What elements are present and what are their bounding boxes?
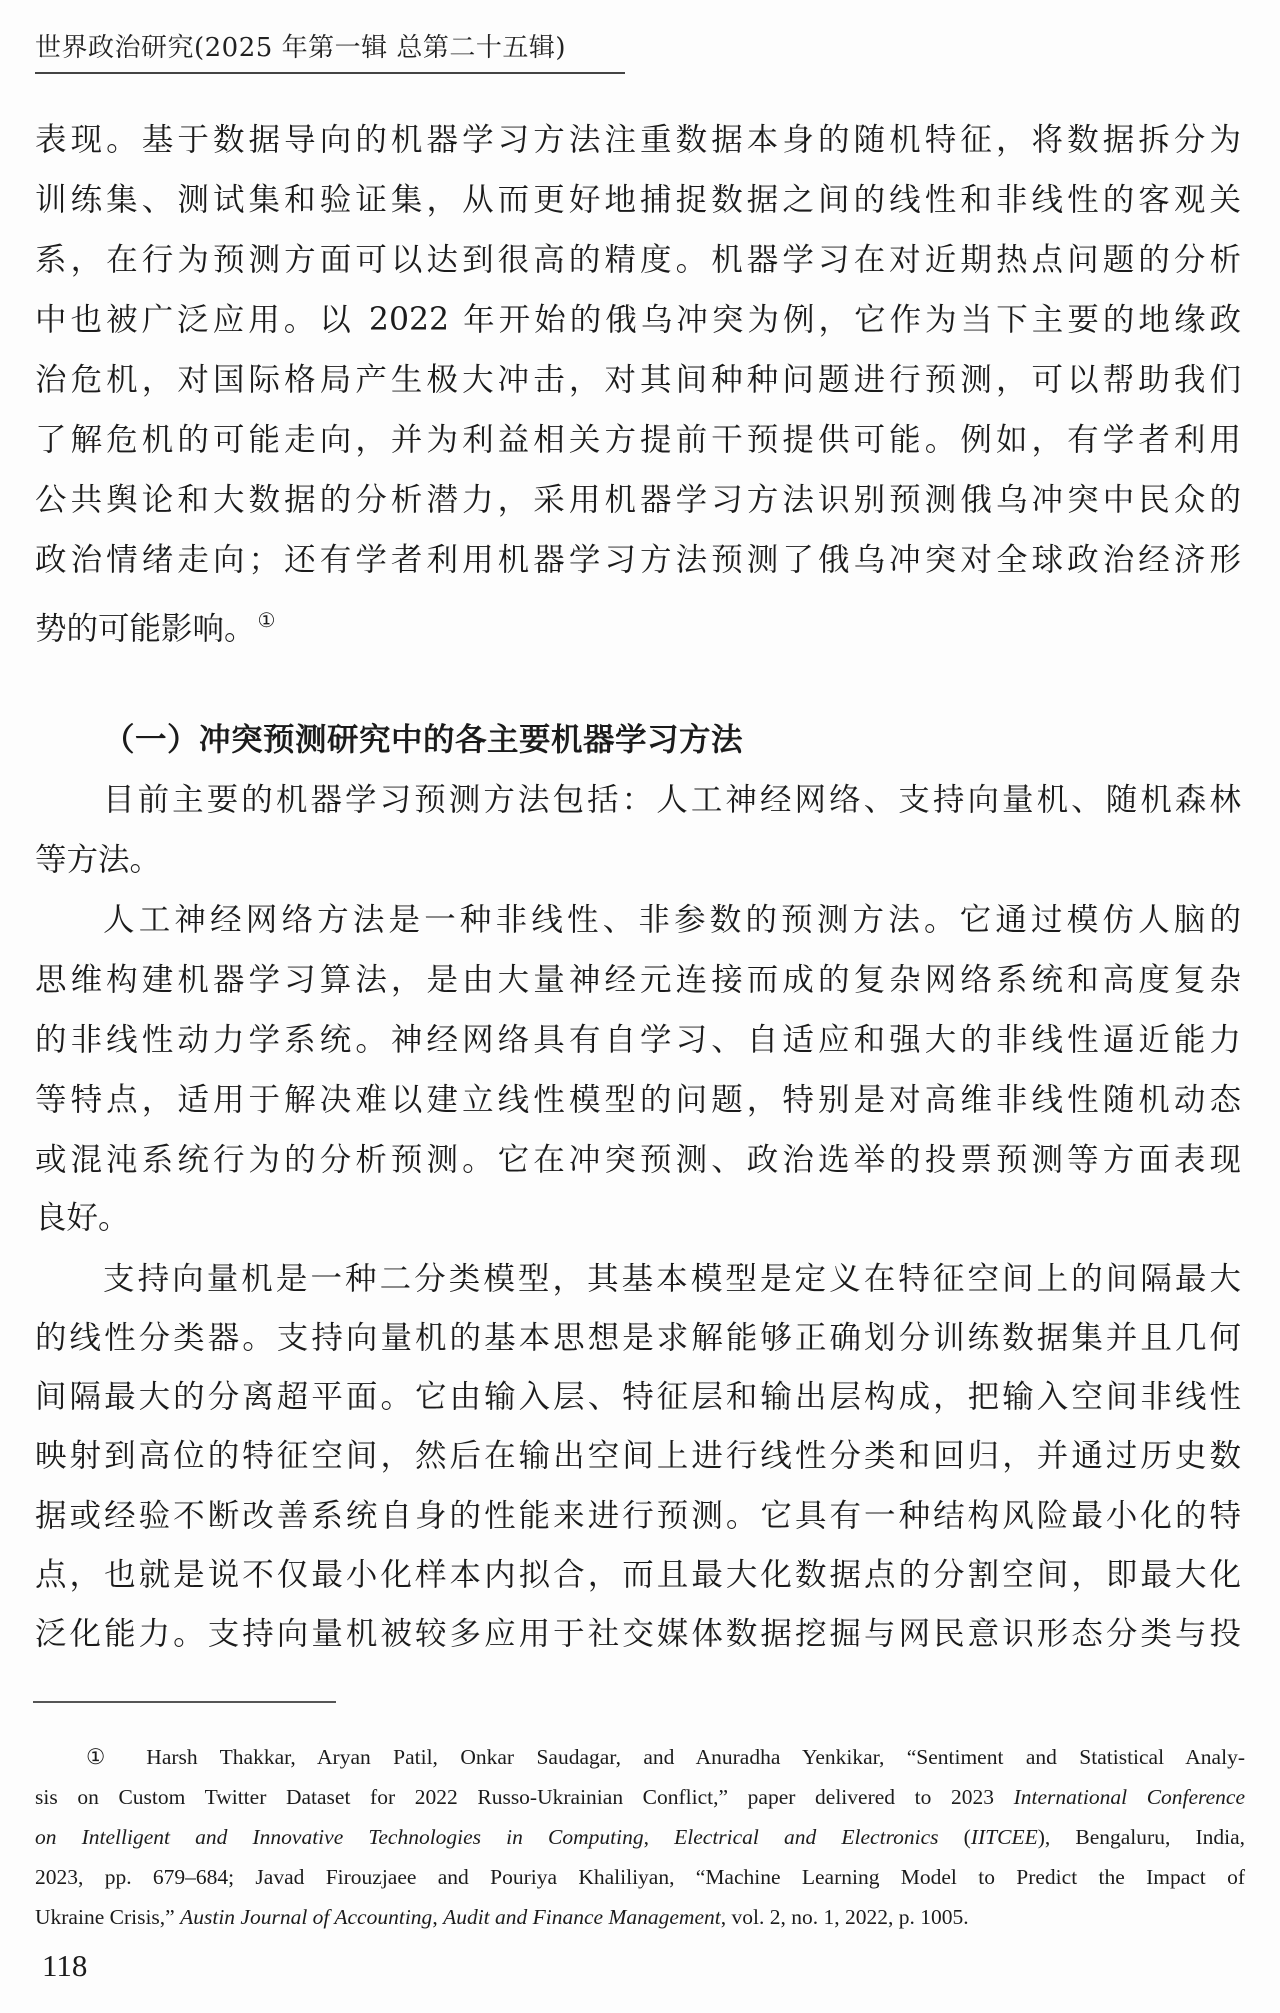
italic-title: on Intelligent and Innovative Technologi…	[35, 1825, 644, 1849]
footnote-line: on Intelligent and Innovative Technologi…	[35, 1822, 1245, 1852]
citation-text: Harsh Thakkar, Aryan Patil, Onkar Saudag…	[146, 1745, 1245, 1769]
text-line: 等特点，适用于解决难以建立线性模型的问题，特别是对高维非线性随机动态	[35, 1078, 1241, 1122]
text-line: 训练集、测试集和验证集，从而更好地捕捉数据之间的线性和非线性的客观关	[35, 178, 1241, 222]
citation-text: , vol. 2, no. 1, 2022, p. 1005.	[721, 1905, 969, 1929]
text-line: 系，在行为预测方面可以达到很高的精度。机器学习在对近期热点问题的分析	[35, 238, 1241, 282]
text-span: 势的可能影响。	[35, 611, 256, 647]
text-line: 人工神经网络方法是一种非线性、非参数的预测方法。它通过模仿人脑的	[103, 898, 1241, 942]
italic-title: Audit and Finance Management	[443, 1905, 721, 1929]
text-line-last: 势的可能影响。①	[35, 598, 1241, 642]
journal-page: 世界政治研究(2025 年第一辑 总第二十五辑) 表现。基于数据导向的机器学习方…	[0, 0, 1280, 2013]
citation-text: Ukraine Crisis,”	[35, 1905, 180, 1929]
italic-title: Electrical and Electronics	[674, 1825, 938, 1849]
citation-text: ), Bengaluru, India,	[1038, 1825, 1245, 1849]
footnote-line: sis on Custom Twitter Dataset for 2022 R…	[35, 1782, 1245, 1812]
text-line: 的线性分类器。支持向量机的基本思想是求解能够正确划分训练数据集并且几何	[35, 1316, 1241, 1360]
citation-text: ,	[432, 1905, 443, 1929]
citation-text: ,	[644, 1825, 675, 1849]
running-head: 世界政治研究(2025 年第一辑 总第二十五辑)	[35, 30, 635, 66]
citation-text: 2023, pp. 679–684; Javad Firouzjaee and …	[35, 1865, 1245, 1889]
text-line: 公共舆论和大数据的分析潜力，采用机器学习方法识别预测俄乌冲突中民众的	[35, 478, 1241, 522]
citation-text: sis on Custom Twitter Dataset for 2022 R…	[35, 1785, 1014, 1809]
page-number: 118	[42, 1946, 87, 1986]
text-line: 中也被广泛应用。以 2022 年开始的俄乌冲突为例，它作为当下主要的地缘政	[35, 298, 1241, 342]
text-line: 的非线性动力学系统。神经网络具有自学习、自适应和强大的非线性逼近能力	[35, 1018, 1241, 1062]
footnote-marker: ①	[86, 1745, 122, 1769]
citation-text: (	[939, 1825, 971, 1849]
footnote-rule	[33, 1701, 336, 1703]
text-line: 表现。基于数据导向的机器学习方法注重数据本身的随机特征，将数据拆分为	[35, 118, 1241, 162]
text-line: 目前主要的机器学习预测方法包括：人工神经网络、支持向量机、随机森林	[103, 778, 1241, 822]
text-line: 泛化能力。支持向量机被较多应用于社交媒体数据挖掘与网民意识形态分类与投	[35, 1612, 1241, 1656]
text-line: 映射到高位的特征空间，然后在输出空间上进行线性分类和回归，并通过历史数	[35, 1434, 1241, 1478]
text-line: 治危机，对国际格局产生极大冲击，对其间种种问题进行预测，可以帮助我们	[35, 358, 1241, 402]
italic-title: International Conference	[1014, 1785, 1245, 1809]
text-line: 间隔最大的分离超平面。它由输入层、特征层和输出层构成，把输入空间非线性	[35, 1375, 1241, 1419]
text-line: 据或经验不断改善系统自身的性能来进行预测。它具有一种结构风险最小化的特	[35, 1494, 1241, 1538]
header-rule	[35, 72, 625, 74]
italic-title: IITCEE	[971, 1825, 1038, 1849]
footnote-line: 2023, pp. 679–684; Javad Firouzjaee and …	[35, 1862, 1245, 1892]
footnote-line: Ukraine Crisis,” Austin Journal of Accou…	[35, 1902, 1245, 1932]
text-line: 或混沌系统行为的分析预测。它在冲突预测、政治选举的投票预测等方面表现	[35, 1138, 1241, 1182]
text-line: 政治情绪走向；还有学者利用机器学习方法预测了俄乌冲突对全球政治经济形	[35, 538, 1241, 582]
text-line: 等方法。	[35, 838, 1241, 882]
text-line: 支持向量机是一种二分类模型，其基本模型是定义在特征空间上的间隔最大	[103, 1257, 1241, 1301]
text-line: 了解危机的可能走向，并为利益相关方提前干预提供可能。例如，有学者利用	[35, 418, 1241, 462]
text-line: 良好。	[35, 1196, 1241, 1240]
italic-title: Austin Journal of Accounting	[180, 1905, 432, 1929]
text-line: 点，也就是说不仅最小化样本内拟合，而且最大化数据点的分割空间，即最大化	[35, 1553, 1241, 1597]
footnote-line: ①Harsh Thakkar, Aryan Patil, Onkar Sauda…	[86, 1742, 1245, 1772]
section-heading: （一）冲突预测研究中的各主要机器学习方法	[103, 718, 743, 762]
text-line: 思维构建机器学习算法，是由大量神经元连接而成的复杂网络系统和高度复杂	[35, 958, 1241, 1002]
footnote-reference[interactable]: ①	[258, 608, 276, 632]
